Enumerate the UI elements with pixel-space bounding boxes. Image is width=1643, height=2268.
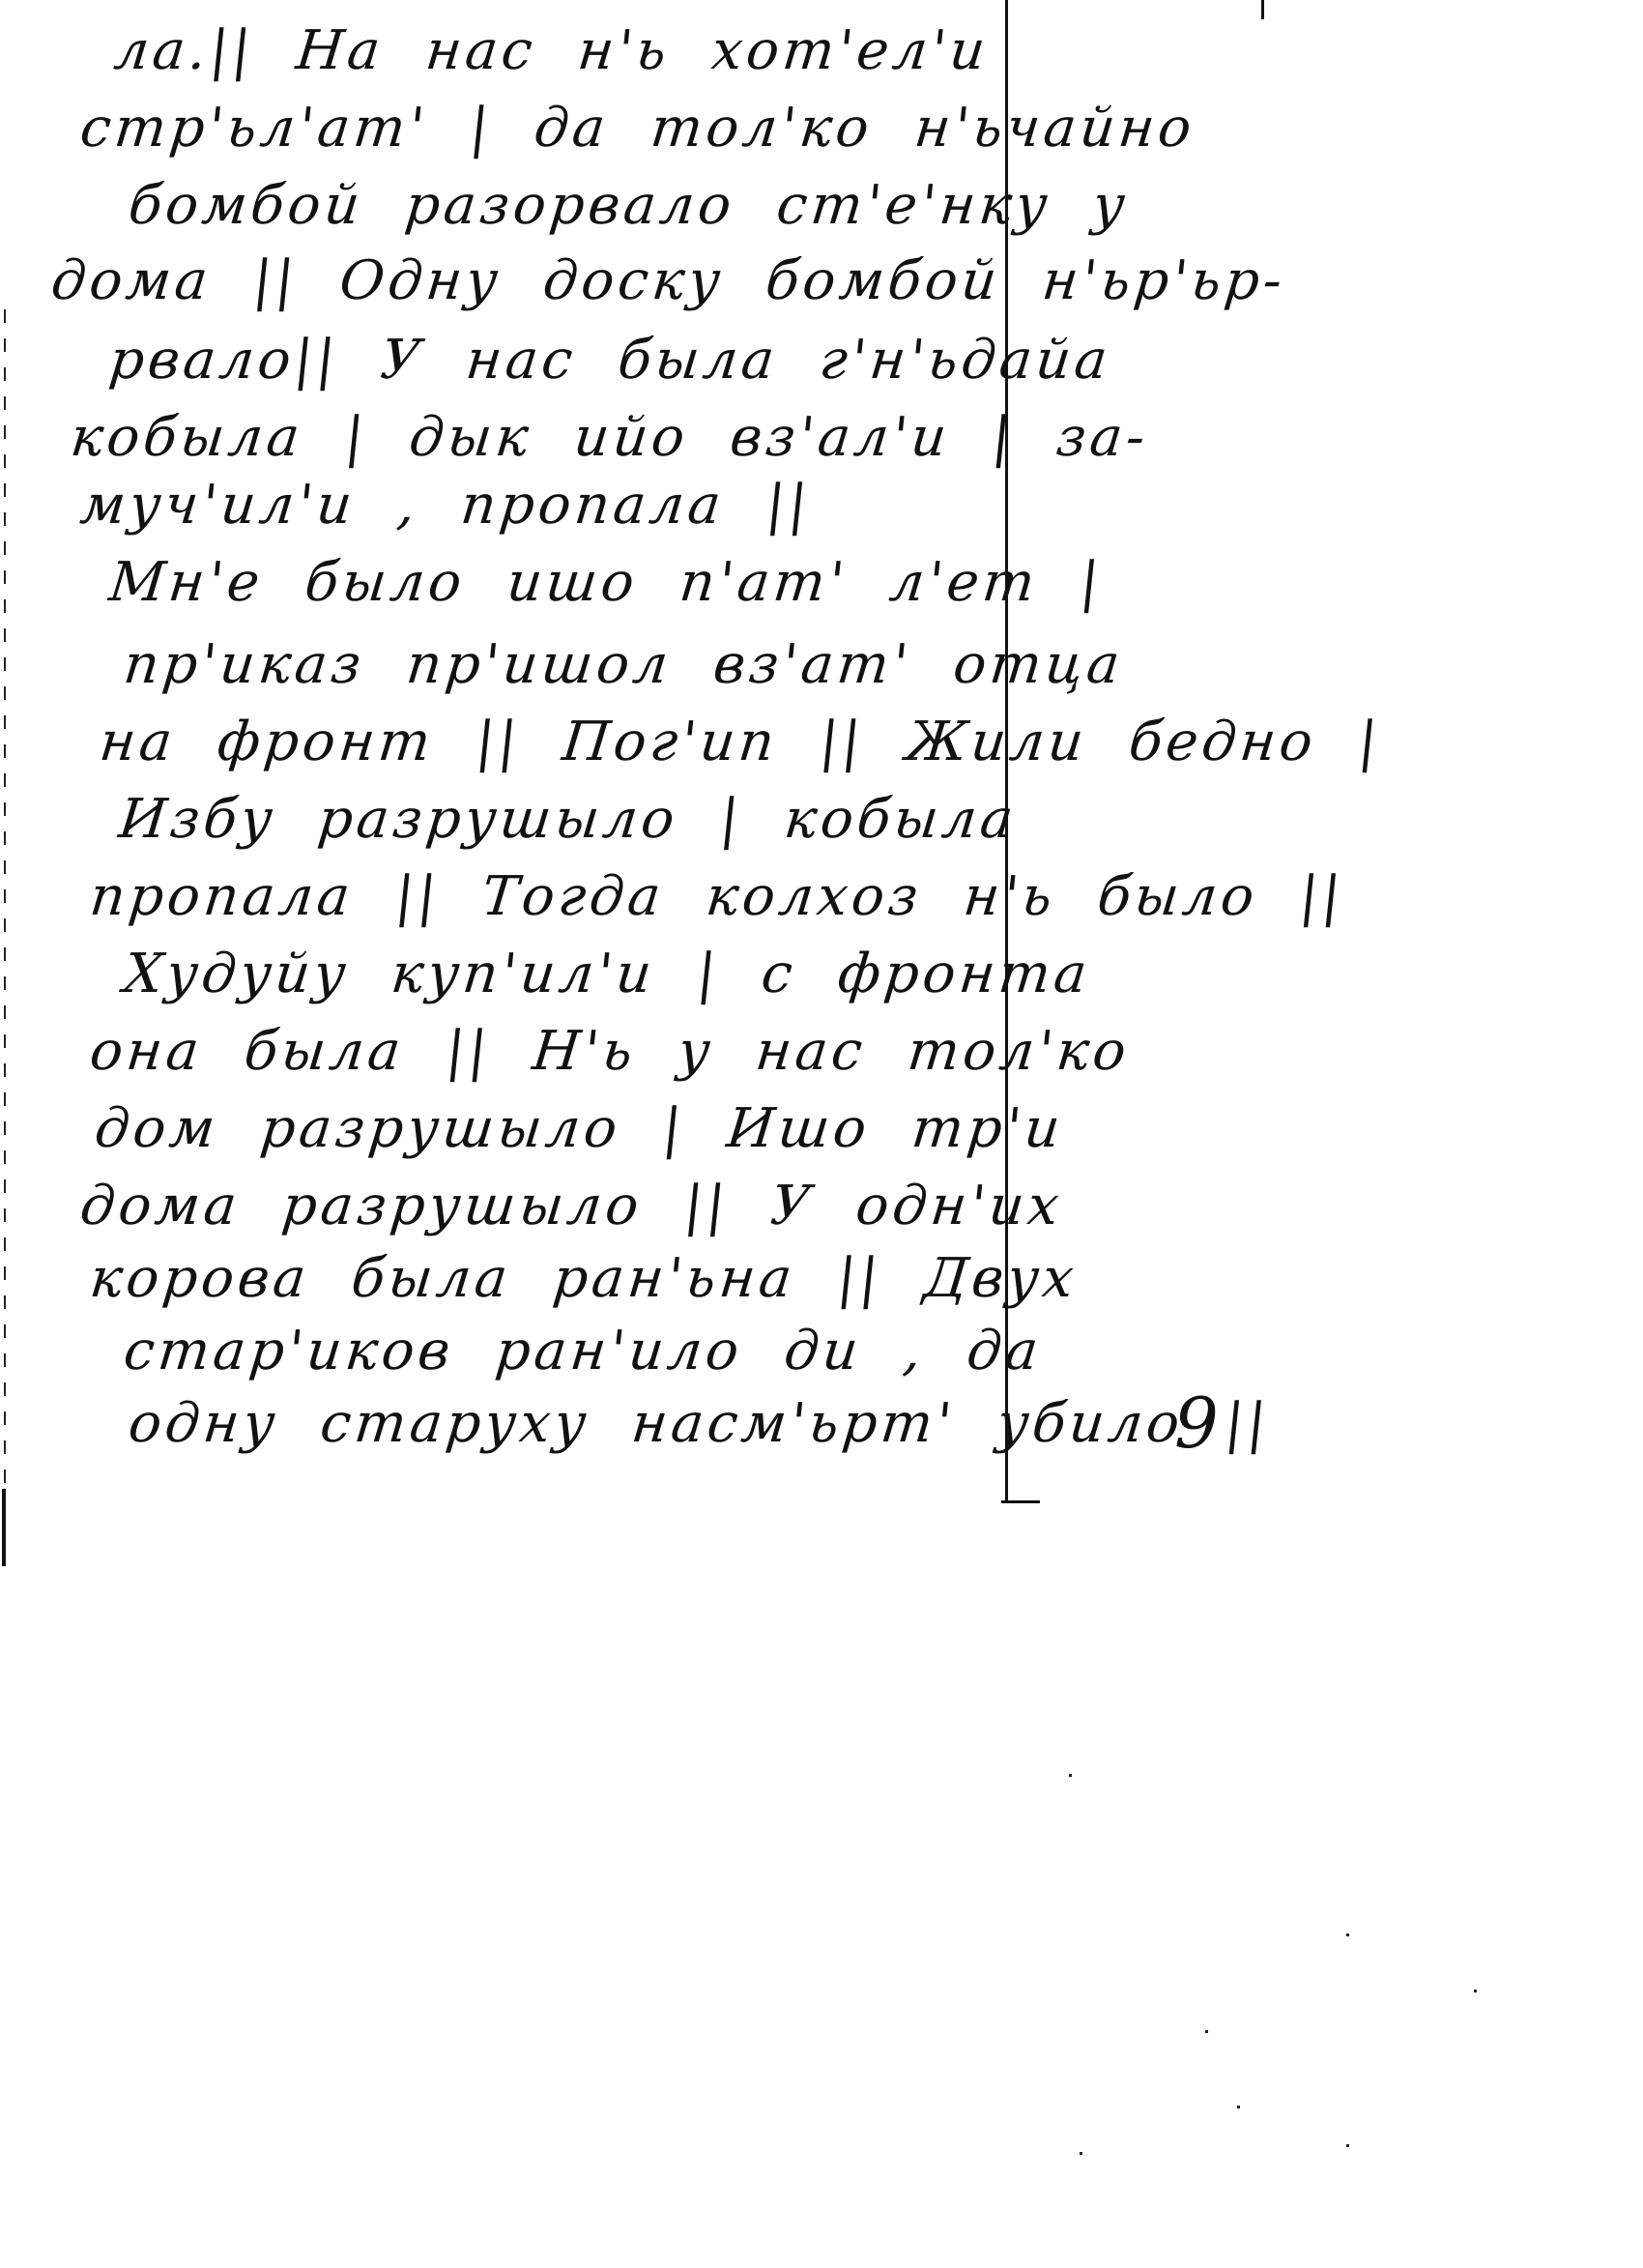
right-margin-line-foot <box>1001 1500 1040 1503</box>
handwritten-line-3: бомбой разорвало ст'е'нку у <box>126 174 1132 237</box>
left-margin-mark <box>2 1489 6 1566</box>
scan-speck <box>1346 1934 1349 1936</box>
handwritten-line-16: дома разрушыло || У одн'их <box>77 1175 1066 1237</box>
handwritten-line-9: пр'иказ пр'ишол вз'ат' отца <box>121 633 1126 696</box>
handwritten-line-10: на фронт || Пог'ип || Жили бедно | <box>97 711 1384 773</box>
handwritten-line-17: корова была ран'ьна || Двух <box>87 1247 1081 1310</box>
handwritten-line-5: рвало|| У нас была г'н'ьдайа <box>106 329 1114 392</box>
handwritten-line-4: дома || Одну доску бомбой н'ьр'ьр- <box>48 249 1288 312</box>
handwritten-line-6: кобыла | дык ийо вз'ал'и | за- <box>68 406 1152 469</box>
handwritten-line-13: Худуйу куп'ил'и | с фронта <box>121 943 1093 1005</box>
handwritten-line-7: муч'ил'и , пропала || <box>77 474 814 537</box>
handwritten-line-11: Избу разрушыло | кобыла <box>116 788 1020 851</box>
scan-speck <box>1474 1990 1477 1992</box>
handwritten-line-2: стр'ьл'ат' | да тол'ко н'ьчайно <box>77 97 1198 160</box>
handwritten-line-8: Мн'е было ишо п'ат' л'ет | <box>106 551 1106 614</box>
handwritten-line-1: ла.|| На нас н'ь хот'ел'и <box>111 19 992 82</box>
scan-speck <box>1080 2152 1082 2155</box>
scan-speck <box>1056 372 1059 375</box>
scan-speck <box>1205 2030 1208 2033</box>
handwritten-line-15: дом разрушыло | Ишо тр'и <box>92 1097 1067 1160</box>
scanned-page: ла.|| На нас н'ь хот'ел'и стр'ьл'ат' | д… <box>0 0 1643 2268</box>
scan-speck <box>1346 2144 1349 2147</box>
scan-speck <box>1069 1774 1072 1777</box>
scan-mark <box>1261 0 1264 19</box>
scan-speck <box>1237 2106 1240 2108</box>
handwritten-line-18: стар'иков ран'ило ди , да <box>121 1320 1045 1382</box>
handwritten-line-19: одну старуху насм'ьрт' убило || <box>126 1392 1273 1455</box>
handwritten-line-14: она была || Н'ь у нас тол'ко <box>87 1020 1133 1083</box>
left-margin-line <box>4 309 6 1547</box>
handwritten-line-12: пропала || Тогда колхоз н'ь было || <box>87 865 1347 928</box>
page-number: 9 <box>1174 1382 1219 1464</box>
